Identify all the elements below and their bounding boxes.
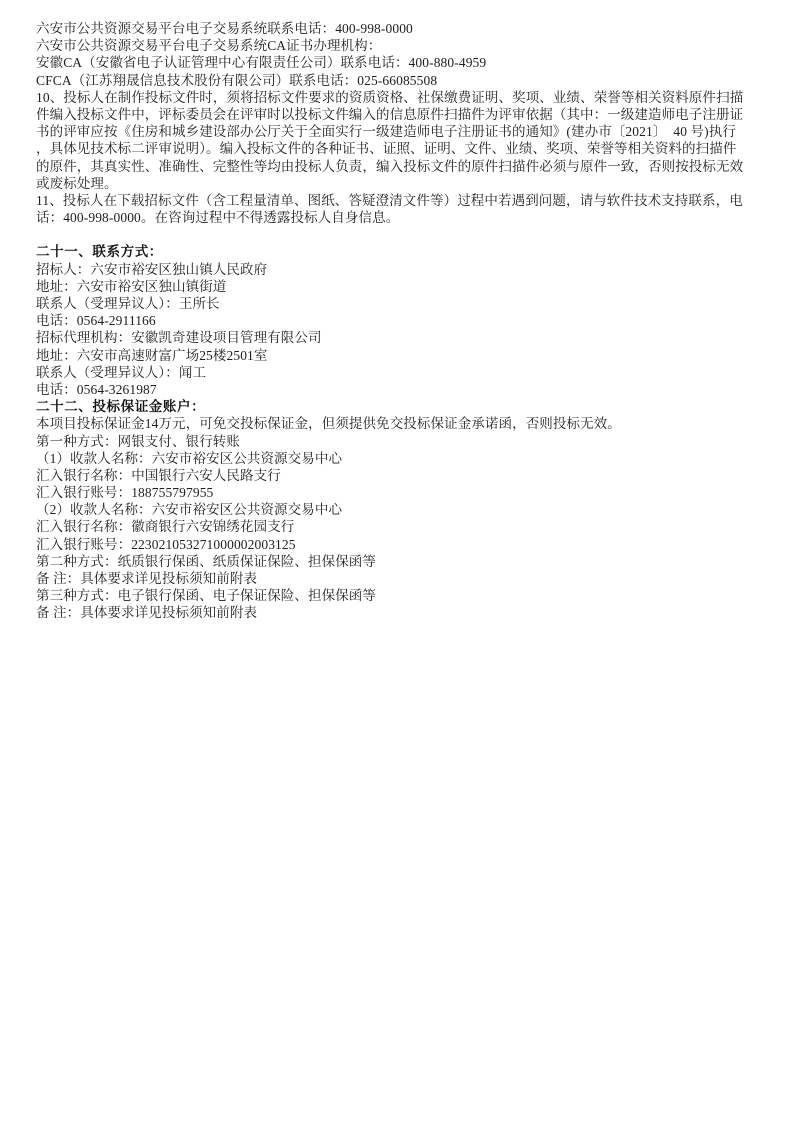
document-line: 第三种方式：电子银行保函、电子保证保险、担保保函等 bbox=[36, 587, 763, 604]
document-line: 10、投标人在制作投标文件时，须将招标文件要求的资质资格、社保缴费证明、奖项、业… bbox=[36, 89, 763, 106]
document-line: 联系人（受理异议人）：王所长 bbox=[36, 295, 763, 312]
document-line: 汇入银行名称：徽商银行六安锦绣花园支行 bbox=[36, 518, 763, 535]
document-line: 汇入银行名称：中国银行六安人民路支行 bbox=[36, 467, 763, 484]
document-line: 汇入银行账号：188755797955 bbox=[36, 484, 763, 501]
document-line: 电话：0564-3261987 bbox=[36, 381, 763, 398]
document-line: 招标代理机构：安徽凯奇建设项目管理有限公司 bbox=[36, 329, 763, 346]
document-line: 或废标处理。 bbox=[36, 175, 763, 192]
document-line: 11、投标人在下载招标文件（含工程量清单、图纸、答疑澄清文件等）过程中若遇到问题… bbox=[36, 192, 763, 209]
document-line: （1）收款人名称：六安市裕安区公共资源交易中心 bbox=[36, 450, 763, 467]
document-line: CFCA（江苏翔晟信息技术股份有限公司）联系电话：025-66085508 bbox=[36, 72, 763, 89]
document-line: 第二种方式：纸质银行保函、纸质保证保险、担保保函等 bbox=[36, 553, 763, 570]
blank-line bbox=[36, 226, 763, 243]
document-line: 书的评审应按《住房和城乡建设部办公厅关于全面实行一级建造师电子注册证书的通知》(… bbox=[36, 123, 763, 140]
document-line: 联系人（受理异议人）：闻工 bbox=[36, 364, 763, 381]
document-line: 地址：六安市裕安区独山镇街道 bbox=[36, 278, 763, 295]
document-line: 安徽CA（安徽省电子认证管理中心有限责任公司）联系电话：400-880-4959 bbox=[36, 54, 763, 71]
document-page: 六安市公共资源交易平台电子交易系统联系电话：400-998-0000六安市公共资… bbox=[0, 0, 793, 1122]
section-heading: 二十二、投标保证金账户： bbox=[36, 398, 763, 415]
document-body: 六安市公共资源交易平台电子交易系统联系电话：400-998-0000六安市公共资… bbox=[36, 20, 763, 622]
document-line: 地址：六安市高速财富广场25楼2501室 bbox=[36, 347, 763, 364]
document-line: 备 注：具体要求详见投标须知前附表 bbox=[36, 604, 763, 621]
document-line: 招标人：六安市裕安区独山镇人民政府 bbox=[36, 261, 763, 278]
document-line: 六安市公共资源交易平台电子交易系统CA证书办理机构： bbox=[36, 37, 763, 54]
document-line: （2）收款人名称：六安市裕安区公共资源交易中心 bbox=[36, 501, 763, 518]
document-line: 的原件，其真实性、准确性、完整性等均由投标人负责，编入投标文件的原件扫描件必须与… bbox=[36, 158, 763, 175]
document-line: 本项目投标保证金14万元，可免交投标保证金，但须提供免交投标保证金承诺函，否则投… bbox=[36, 415, 763, 432]
document-line: 电话：0564-2911166 bbox=[36, 312, 763, 329]
section-heading: 二十一、联系方式： bbox=[36, 243, 763, 260]
document-line: 件编入投标文件中，评标委员会在评审时以投标文件编入的信息原件扫描件为评审依据（其… bbox=[36, 106, 763, 123]
document-line: 第一种方式：网银支付、银行转账 bbox=[36, 433, 763, 450]
document-line: 汇入银行账号：223021053271000002003125 bbox=[36, 536, 763, 553]
document-line: ，具体见技术标二评审说明）。编入投标文件的各种证书、证照、证明、文件、业绩、奖项… bbox=[36, 140, 763, 157]
document-line: 六安市公共资源交易平台电子交易系统联系电话：400-998-0000 bbox=[36, 20, 763, 37]
document-line: 话：400-998-0000。在咨询过程中不得透露投标人自身信息。 bbox=[36, 209, 763, 226]
document-line: 备 注：具体要求详见投标须知前附表 bbox=[36, 570, 763, 587]
